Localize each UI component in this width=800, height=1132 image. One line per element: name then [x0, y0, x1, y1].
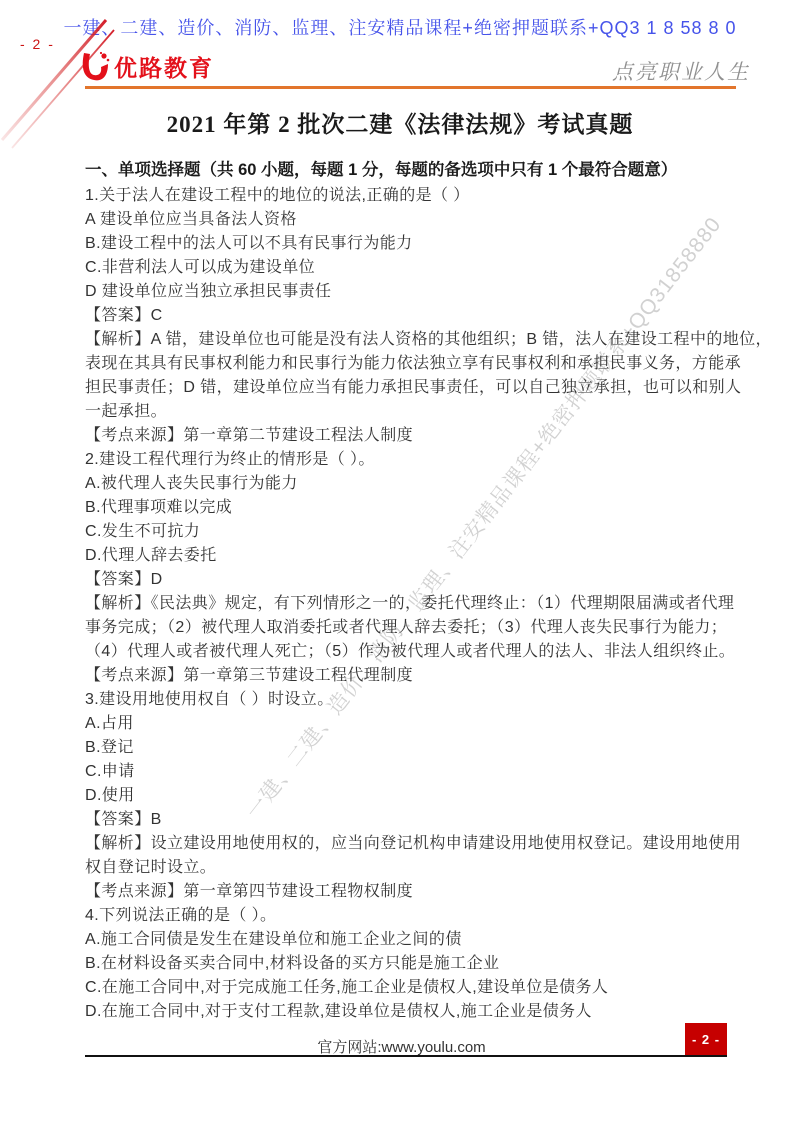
question-option: C.在施工合同中,对于完成施工任务,施工企业是债权人,建设单位是债务人	[85, 976, 725, 1000]
footer-divider	[85, 1055, 727, 1057]
question-option: C.非营利法人可以成为建设单位	[85, 256, 725, 280]
question-option: D.使用	[85, 784, 725, 808]
analysis-line: （4）代理人或者被代理人死亡；（5）作为被代理人或者代理人的法人、非法人组织终止…	[85, 640, 725, 664]
logo-icon	[80, 51, 110, 83]
analysis-line: 担民事责任；D 错，建设单位应当有能力承担民事责任，可以自己独立承担，也可以和别…	[85, 376, 725, 400]
document-title: 2021 年第 2 批次二建《法律法规》考试真题	[0, 106, 800, 139]
question-option: A 建设单位应当具备法人资格	[85, 208, 725, 232]
question-option: B.在材料设备买卖合同中,材料设备的买方只能是施工企业	[85, 952, 725, 976]
question-option: D.代理人辞去委托	[85, 544, 725, 568]
question-option: D 建设单位应当独立承担民事责任	[85, 280, 725, 304]
logo-text: 优路教育	[114, 50, 214, 83]
document-page: 一建、二建、造价、消防、监理、注安精品课程+绝密押题联系+QQ3 1 8 58 …	[0, 0, 800, 1132]
questions: 1.关于法人在建设工程中的地位的说法,正确的是（ ）A 建设单位应当具备法人资格…	[85, 184, 725, 1024]
page-number-badge: - 2 -	[685, 1023, 727, 1055]
answer-line: 【答案】D	[85, 568, 725, 592]
source-line: 【考点来源】第一章第二节建设工程法人制度	[85, 424, 725, 448]
analysis-line: 【解析】A 错，建设单位也可能是没有法人资格的其他组织；B 错，法人在建设工程中…	[85, 328, 725, 352]
section-heading: 一、单项选择题（共 60 小题，每题 1 分，每题的备选项中只有 1 个最符合题…	[85, 156, 677, 180]
brand-slogan: 点亮职业人生	[612, 56, 742, 86]
question-option: A.占用	[85, 712, 725, 736]
question-option: B.建设工程中的法人可以不具有民事行为能力	[85, 232, 725, 256]
analysis-line: 一起承担。	[85, 400, 725, 424]
answer-line: 【答案】C	[85, 304, 725, 328]
question-stem: 3.建设用地使用权自（ ）时设立。	[85, 688, 725, 712]
question-option: A.被代理人丧失民事行为能力	[85, 472, 725, 496]
analysis-line: 【解析】设立建设用地使用权的，应当向登记机构申请建设用地使用权登记。建设用地使用	[85, 832, 725, 856]
footer-website: 官方网站:www.youlu.com	[85, 1036, 718, 1057]
question-option: B.代理事项难以完成	[85, 496, 725, 520]
question-option: B.登记	[85, 736, 725, 760]
question-stem: 2.建设工程代理行为终止的情形是（ ）。	[85, 448, 725, 472]
answer-line: 【答案】B	[85, 808, 725, 832]
question-stem: 4.下列说法正确的是（ ）。	[85, 904, 725, 928]
logo: 优路教育	[80, 50, 214, 83]
source-line: 【考点来源】第一章第四节建设工程物权制度	[85, 880, 725, 904]
analysis-line: 事务完成；（2）被代理人取消委托或者代理人辞去委托；（3）代理人丧失民事行为能力…	[85, 616, 725, 640]
question-option: C.申请	[85, 760, 725, 784]
header-divider	[85, 86, 736, 89]
question-option: C.发生不可抗力	[85, 520, 725, 544]
question-option: A.施工合同债是发生在建设单位和施工企业之间的债	[85, 928, 725, 952]
analysis-line: 【解析】《民法典》规定，有下列情形之一的，委托代理终止：（1）代理期限届满或者代…	[85, 592, 725, 616]
question-option: D.在施工合同中,对于支付工程款,建设单位是债权人,施工企业是债务人	[85, 1000, 725, 1024]
analysis-line: 权自登记时设立。	[85, 856, 725, 880]
source-line: 【考点来源】第一章第三节建设工程代理制度	[85, 664, 725, 688]
question-stem: 1.关于法人在建设工程中的地位的说法,正确的是（ ）	[85, 184, 725, 208]
analysis-line: 表现在其具有民事权利能力和民事行为能力依法独立享有民事权利和承担民事义务，方能承	[85, 352, 725, 376]
